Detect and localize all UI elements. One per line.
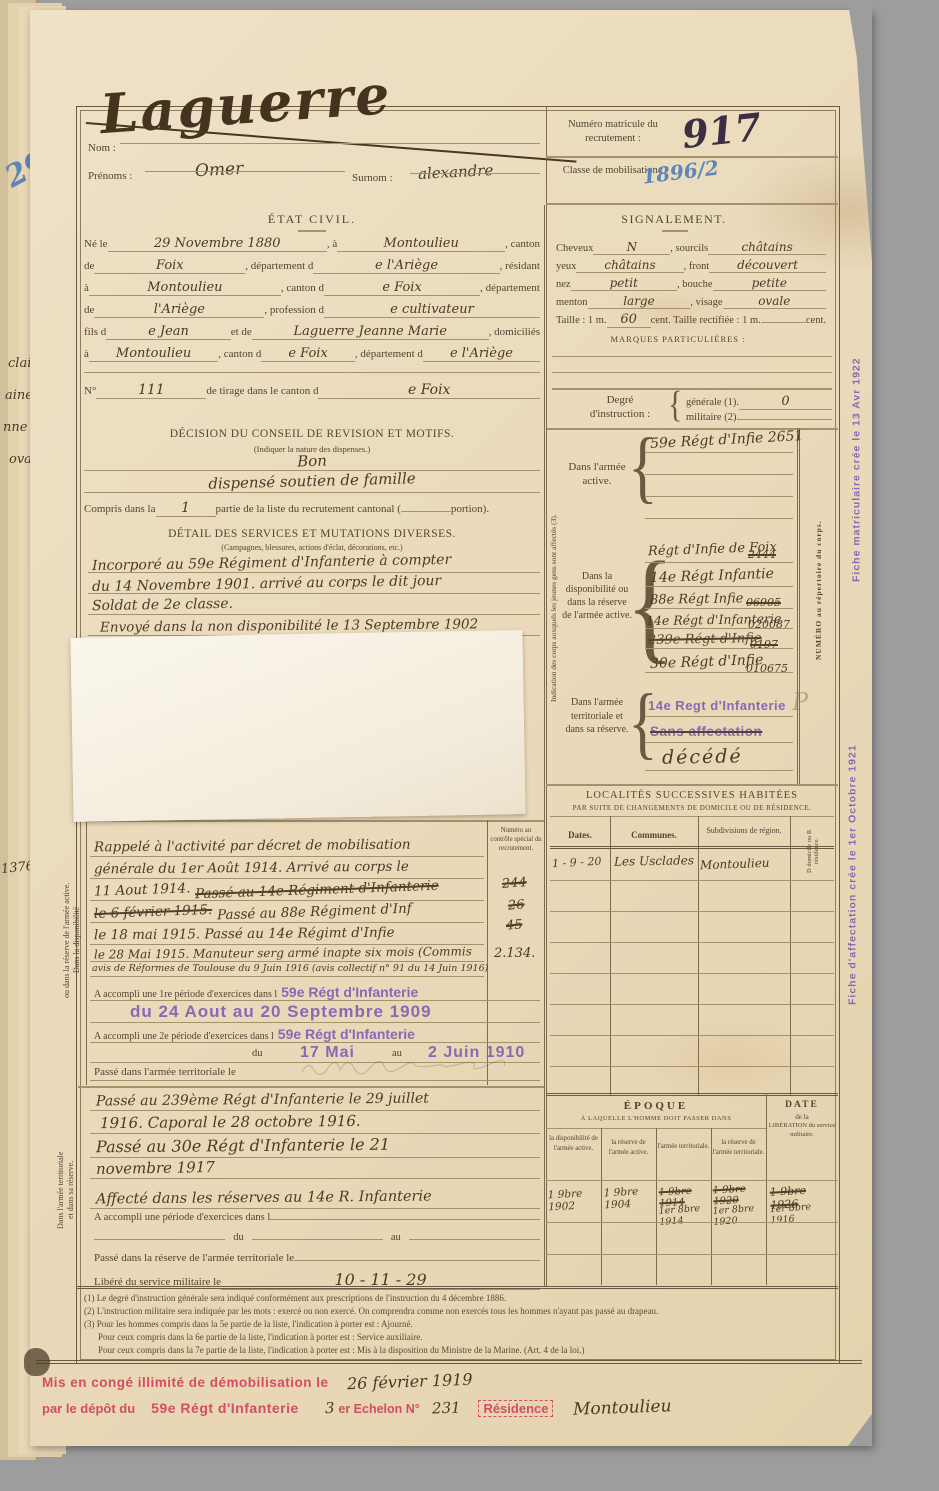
rule: [645, 496, 793, 497]
rule: [550, 1066, 834, 1067]
territoriale-entry: 1916. Caporal le 28 octobre 1916.: [100, 1112, 361, 1132]
rule: [645, 452, 793, 453]
domicile-value: Montoulieu: [89, 346, 218, 362]
controle-special-header: Numéro au contrôle spécial du recrutemen…: [489, 826, 543, 854]
du-blank: [94, 1239, 225, 1240]
rule: [88, 572, 540, 573]
rule: [550, 911, 834, 912]
depot-stamp-text: par le dépôt du: [42, 1401, 135, 1416]
rule: [546, 1180, 838, 1181]
edge-fragment: nne: [3, 420, 27, 435]
matricule-number-value: 917: [680, 104, 764, 157]
corps-entry-number: 010675: [746, 662, 788, 675]
rule: [550, 880, 834, 881]
fils-de-label: fils d: [84, 326, 106, 338]
departement-label: , département d: [355, 348, 423, 360]
degre-line2: d'instruction :: [590, 408, 650, 420]
localites-row-date: 1 - 9 - 20: [552, 855, 602, 871]
rule: [90, 1178, 540, 1179]
rule: [645, 672, 793, 673]
rule: [410, 173, 540, 174]
rule: [90, 1157, 540, 1158]
mobilisation-entry: Passé au 88e Régiment d'Inf: [216, 901, 411, 924]
yeux-value: châtains: [576, 258, 683, 273]
echelon-number-value: 3: [324, 1399, 334, 1417]
accompli-periode-label: A accompli une période d'exercices dans …: [94, 1212, 270, 1223]
compris-label: Compris dans la: [84, 503, 156, 515]
au-date-blank: [409, 1239, 540, 1240]
rule: [645, 770, 793, 771]
prenoms-value: Omer: [195, 159, 244, 181]
epoque-title: ÉPOQUE: [546, 1100, 766, 1112]
territoriale-side-label-1: Dans l'armée territoriale: [56, 1110, 66, 1270]
rule: [120, 143, 540, 144]
footnote-1: (1) Le degré d'instruction générale sera…: [84, 1292, 834, 1305]
domicile-departement-value: e l'Ariège: [423, 346, 540, 362]
canton-label: , canton: [505, 238, 540, 250]
paper-patch-overlay: [70, 630, 525, 822]
title-underline: [298, 230, 326, 232]
mobilisation-entry: Rappelé à l'activité par décret de mobil…: [94, 837, 411, 856]
cheveux-label: Cheveux: [556, 243, 593, 254]
rule: [552, 388, 832, 390]
mobilisation-entry: générale du 1er Août 1914. Arrivé au cor…: [94, 859, 409, 878]
instruction-militaire-blank: [739, 419, 832, 420]
demobilisation-stamp-text: Mis en congé illimité de démobilisation …: [42, 1375, 329, 1390]
tirage-canton-value: e Foix: [318, 382, 540, 399]
matricule-number-label: Numéro matricule du recrutement :: [554, 118, 672, 145]
fiche-matriculaire-stamp: Fiche matriculaire crée le 13 Avr 1922: [849, 295, 865, 645]
controle-number: 45: [505, 917, 523, 933]
epoque-date-sub2: LIBÉRATION du service militaire.: [768, 1122, 836, 1140]
rule: [84, 492, 540, 493]
rule: [90, 856, 484, 857]
rule: [546, 203, 838, 205]
column-divider: [544, 205, 547, 1287]
visage-value: ovale: [723, 294, 827, 309]
father-name-value: e Jean: [106, 324, 230, 340]
repertoire-column-label: NUMÉRO au répertoire du corps.: [806, 470, 832, 710]
localites-col-communes: Communes.: [612, 830, 696, 840]
sans-affectation-stamp: Sans affectation: [650, 724, 762, 739]
rule: [90, 1133, 540, 1134]
residence-value: Montoulieu: [573, 1396, 672, 1419]
epoque-col4-header: la réserve de l'armée territoriale.: [712, 1138, 765, 1157]
corps-entry-number: 2444: [748, 548, 776, 561]
numero-tirage-value: 111: [96, 382, 206, 399]
birth-departement-value: e l'Ariège: [313, 258, 499, 274]
territoriale-label: Dans l'armée territoriale et dans sa rés…: [562, 696, 632, 737]
rule: [90, 900, 484, 901]
residence-value: Montoulieu: [89, 280, 281, 296]
rule: [90, 1110, 540, 1111]
affecte-reserves-entry: Affecté dans les réserves au 14e R. Infa…: [96, 1189, 432, 1208]
brace-glyph: {: [668, 384, 682, 427]
footnote-2: (2) L'instruction militaire sera indiqué…: [84, 1305, 834, 1318]
instruction-generale-value: 0: [739, 394, 832, 410]
etat-civil-title: ÉTAT CIVIL.: [84, 212, 540, 227]
localites-col-domicile-residence: D domicile ou R résidence.: [794, 818, 834, 884]
echelon-value: 231: [431, 1399, 460, 1418]
residence-departement-value: l'Ariège: [94, 302, 264, 318]
rule: [645, 474, 793, 475]
rule: [90, 961, 484, 962]
depot-regiment-stamp: 59e Régt d'Infanterie: [151, 1400, 299, 1416]
rule: [645, 608, 793, 609]
reserve-date-blank: [294, 1260, 540, 1261]
bouche-value: petite: [713, 276, 826, 291]
mobilisation-entry: 11 Aout 1914.: [94, 880, 191, 899]
residence-stamp-label: Résidence: [478, 1400, 553, 1417]
rule: [550, 973, 834, 974]
box-line: [86, 820, 87, 1085]
instruction-militaire-label: militaire (2).: [686, 412, 739, 423]
rule: [550, 846, 834, 849]
faint-pencil-writing: [300, 1058, 530, 1078]
numero-tirage-label: N°: [84, 385, 96, 397]
localites-title: LOCALITÉS SUCCESSIVES HABITÉES: [546, 790, 838, 801]
demobilisation-date-value: 26 février 1919: [346, 1370, 472, 1393]
rule: [552, 372, 832, 373]
rule: [145, 171, 345, 172]
rule: [645, 628, 793, 629]
taille-value: 60: [607, 312, 651, 328]
rule: [90, 1080, 540, 1081]
localites-row-commune: Les Usclades: [614, 853, 694, 868]
rule: [88, 614, 540, 615]
menton-label: menton: [556, 297, 588, 308]
services-entry: Soldat de 2e classe.: [92, 596, 233, 614]
rule: [36, 1360, 862, 1364]
localites-col-subdivisions: Subdivisions de région.: [700, 826, 788, 836]
territoriale-entry: Passé au 30e Régt d'Infanterie le 21: [96, 1135, 390, 1157]
rule: [645, 518, 793, 519]
menton-value: large: [588, 294, 691, 309]
rule: [645, 648, 793, 649]
territoriale-entry: novembre 1917: [96, 1158, 215, 1178]
controle-number: 26: [507, 897, 525, 913]
cheveux-value: N: [593, 240, 670, 255]
rule: [546, 1222, 838, 1223]
territoriale-entry: Passé au 239ème Régt d'Infanterie le 29 …: [96, 1091, 429, 1110]
profession-value: e cultivateur: [324, 302, 540, 318]
rule: [90, 1000, 540, 1001]
canton-label: , canton d: [218, 348, 261, 360]
sourcils-label: , sourcils: [670, 243, 708, 254]
rule: [550, 816, 834, 817]
localites-subtitle: PAR SUITE DE CHANGEMENTS DE DOMICILE OU …: [546, 804, 838, 812]
territoriale-side-label-2: et dans sa réserve.: [66, 1120, 76, 1260]
periode1-dates-stamp: du 24 Aout au 20 Septembre 1909: [130, 1002, 432, 1022]
degre-instruction-label: Degré d'instruction :: [570, 394, 670, 422]
nom-label: Nom :: [88, 142, 116, 154]
cent-label: cent.: [806, 315, 826, 326]
taille-rectifiee-blank: [761, 322, 806, 323]
mobilisation-entry-struck: le 6 février 1915.: [94, 902, 213, 922]
du-date-blank: [252, 1239, 383, 1240]
domicilies-label: , domiciliés: [489, 326, 540, 338]
rule: [645, 716, 793, 717]
footnote-5: Pour ceux compris dans la 7e partie de l…: [84, 1344, 834, 1357]
signalement-title: SIGNALEMENT.: [552, 212, 796, 227]
residant-label: , résidant: [500, 260, 540, 272]
epoque-value: 1 9bre 1902: [547, 1187, 602, 1214]
mother-name-value: Laguerre Jeanne Marie: [252, 324, 489, 340]
departement-label: , département d: [245, 260, 313, 272]
canton-label: , canton d: [281, 282, 324, 294]
residence-canton-value: e Foix: [324, 280, 480, 296]
epoque-date-sub1: de la: [768, 1113, 836, 1121]
de-label: de: [84, 260, 94, 272]
du-label: du: [252, 1048, 263, 1059]
profession-label: , profession d: [264, 304, 324, 316]
epoque-date-title: DATE: [768, 1100, 836, 1110]
passe-reserve-territoriale-label: Passé dans la réserve de l'armée territo…: [94, 1252, 294, 1264]
title-underline: [662, 230, 688, 232]
departement-label: , département: [480, 282, 540, 294]
rule: [90, 922, 484, 923]
portion-blank: [401, 511, 451, 512]
localites-col-dates: Dates.: [552, 830, 608, 840]
mobilisation-side-label-2: ou dans la réserve de l'armée active.: [62, 845, 72, 1035]
decision-title: DÉCISION DU CONSEIL DE REVISION ET MOTIF…: [84, 428, 540, 440]
visage-label: , visage: [690, 297, 722, 308]
table-line: [790, 816, 791, 1095]
corps-side-label: Indication des corps auxquels les jeunes…: [548, 434, 560, 782]
compris-label-2: partie de la liste du recrutement canton…: [216, 503, 401, 515]
epoque-value: 1 9bre 1904: [603, 1185, 658, 1212]
epoque-col1-header: la disponibilité de l'armée active.: [547, 1134, 600, 1153]
rule: [90, 1208, 540, 1209]
passe-territoriale-label: Passé dans l'armée territoriale le: [94, 1066, 236, 1078]
degre-line1: Degré: [607, 394, 634, 406]
rule: [90, 1042, 540, 1043]
rule: [550, 1004, 834, 1005]
nez-label: nez: [556, 279, 571, 290]
prenoms-label: Prénoms :: [88, 170, 132, 182]
epoque-subtitle: À LAQUELLE L'HOMME DOIT PASSER DANS: [546, 1115, 766, 1122]
accompli-blank: [270, 1219, 540, 1220]
du-label: du: [225, 1232, 252, 1243]
birth-date-value: 29 Novembre 1880: [108, 236, 327, 252]
edge-fragment: aine: [5, 388, 33, 403]
periode2-label: A accompli une 2e période d'exercices da…: [94, 1031, 274, 1042]
partie-value: 1: [156, 500, 216, 517]
yeux-label: yeux: [556, 261, 576, 272]
sourcils-value: châtains: [708, 240, 826, 255]
footnote-3: (3) Pour les hommes compris dans la 5e p…: [84, 1318, 834, 1331]
corps-entry: 88e Régt Infie: [650, 591, 744, 608]
domicile-canton-value: e Foix: [261, 346, 354, 362]
epoque-correction: 1er 8bre 1914: [658, 1202, 713, 1228]
rule: [546, 1254, 838, 1255]
birth-place-value: Montoulieu: [337, 236, 505, 252]
pencil-mark: P: [792, 688, 808, 716]
rule: [645, 586, 793, 587]
bouche-label: , bouche: [677, 279, 713, 290]
mobilisation-entry: le 18 mai 1915. Passé au 14e Régimt d'In…: [94, 925, 395, 944]
rule: [550, 942, 834, 943]
scanned-military-record: 293/5 clair aine nne ovale cent. 13763 N…: [0, 0, 939, 1491]
decede-mention: décédé: [662, 745, 743, 768]
repertoire-divider: [797, 428, 800, 785]
armee-active-label: Dans l'armée active.: [562, 460, 632, 489]
localites-row-subdivision: Montoulieu: [700, 856, 770, 872]
table-line: [610, 816, 611, 1095]
epoque-col2-header: la réserve de l'armée active.: [602, 1138, 655, 1157]
rule: [76, 1286, 838, 1289]
corps-entry-number: 0197: [750, 638, 778, 651]
rule: [90, 976, 484, 977]
territoriale-stamp: 14e Regt d'Infanterie: [648, 698, 786, 713]
front-value: découvert: [709, 258, 826, 273]
fiche-affectation-stamp: Fiche d'affectation crée le 1er Octobre …: [845, 660, 861, 1090]
corps-entry-number: 020087: [748, 618, 790, 631]
rule: [78, 1086, 544, 1088]
footnote-4: Pour ceux compris dans la 6e partie de l…: [84, 1331, 834, 1344]
taille-rectifiee-label: cent. Taille rectifiée : 1 m.: [651, 315, 761, 326]
disponibilite-label: Dans la disponibilité ou dans la réserve…: [562, 570, 632, 622]
controle-number: 2.134.: [494, 946, 535, 961]
et-de-label: et de: [231, 326, 252, 338]
controle-number: 244: [502, 875, 528, 892]
echelon-stamp-text: er Echelon N°: [338, 1402, 419, 1416]
rule: [645, 562, 793, 563]
rule: [645, 742, 793, 743]
surnom-label: Surnom :: [352, 172, 393, 184]
au-label: au: [383, 1232, 409, 1243]
portion-label: portion).: [451, 503, 489, 515]
periode1-regiment-stamp: 59e Régt d'Infanterie: [281, 984, 418, 1000]
epoque-correction: 1er 8bre 1920: [712, 1202, 767, 1228]
a-label: , à: [327, 238, 337, 250]
periode2-regiment-stamp: 59e Régt d'Infanterie: [278, 1026, 415, 1042]
front-label: , front: [684, 261, 710, 272]
rule: [552, 356, 832, 357]
rule: [90, 1022, 540, 1023]
ne-le-label: Né le: [84, 238, 108, 250]
rule: [88, 593, 540, 594]
taille-label: Taille : 1 m.: [556, 315, 607, 326]
tirage-label: de tirage dans le canton d: [206, 385, 318, 397]
rule: [546, 1093, 838, 1096]
mobilisation-entry: avis de Réformes de Toulouse du 9 Juin 1…: [92, 963, 488, 974]
periode1-label: A accompli une 1re période d'exercices d…: [94, 989, 277, 1000]
nez-value: petit: [571, 276, 677, 291]
mobilisation-side-label-1: Dans la disponibilité: [72, 855, 82, 1025]
rule: [550, 1035, 834, 1036]
services-title: DÉTAIL DES SERVICES ET MUTATIONS DIVERSE…: [84, 528, 540, 540]
de-label: de: [84, 304, 94, 316]
epoque-col3-header: l'armée territoriale.: [657, 1142, 710, 1152]
marques-label: MARQUES PARTICULIÈRES :: [556, 334, 800, 344]
birth-canton-value: Foix: [94, 258, 245, 274]
services-subtitle: (Campagnes, blessures, actions d'éclat, …: [84, 543, 540, 552]
rule: [84, 372, 540, 373]
instruction-generale-label: générale (1).: [686, 397, 739, 408]
rule: [546, 784, 838, 786]
corps-entry: 239e Régt d'Infie: [648, 631, 762, 648]
